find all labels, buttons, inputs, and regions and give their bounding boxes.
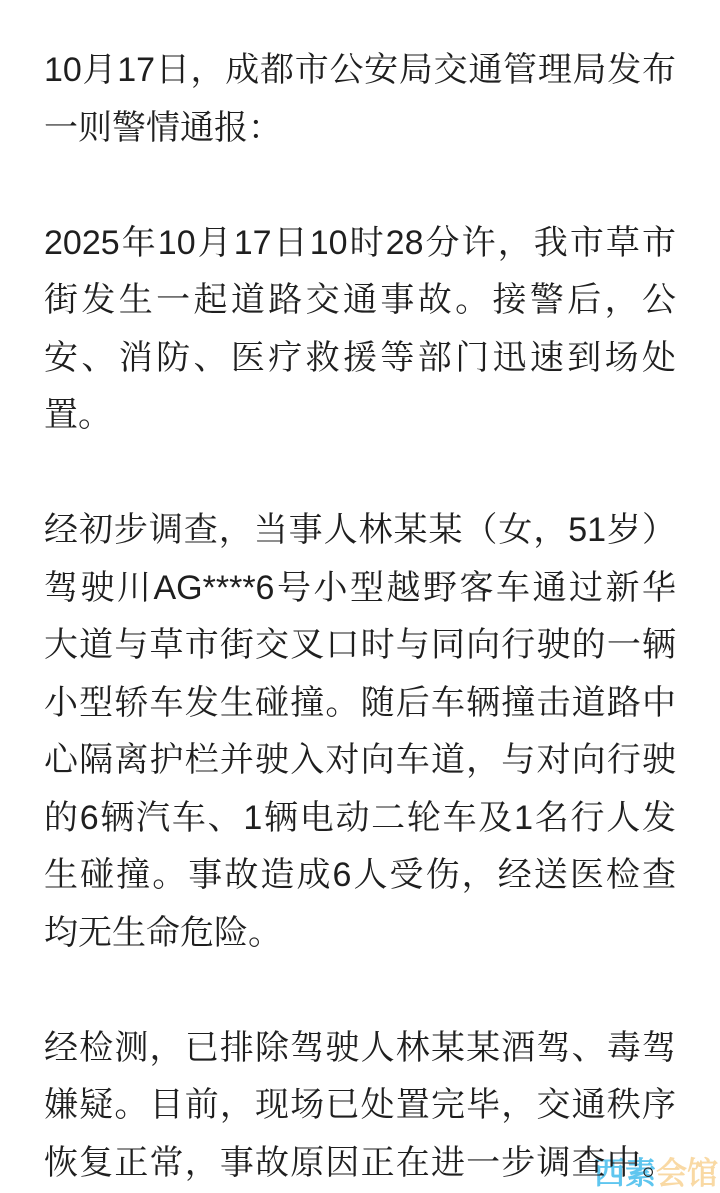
text-line: 心隔离护栏并驶入对向车道，与对向行驶 — [44, 732, 676, 790]
text-line: 驾驶川AG****6号小型越野客车通过新华 — [44, 560, 676, 618]
text-line: 经检测，已排除驾驶人林某某酒驾、毒驾 — [44, 1020, 676, 1078]
text-line: 2025年10月17日10时28分许，我市草市 — [44, 215, 676, 273]
article-body: 10月17日，成都市公安局交通管理局发布一则警情通报：2025年10月17日10… — [44, 42, 676, 1192]
text-line: 均无生命危险。 — [44, 905, 676, 963]
paragraph: 10月17日，成都市公安局交通管理局发布一则警情通报： — [44, 42, 676, 157]
text-line: 生碰撞。事故造成6人受伤，经送医检查 — [44, 847, 676, 905]
text-line: 恢复正常，事故原因正在进一步调查中。 — [44, 1135, 676, 1193]
paragraph: 经初步调查，当事人林某某（女，51岁）驾驶川AG****6号小型越野客车通过新华… — [44, 502, 676, 962]
paragraph: 经检测，已排除驾驶人林某某酒驾、毒驾嫌疑。目前，现场已处置完毕，交通秩序恢复正常… — [44, 1020, 676, 1193]
text-line: 安、消防、医疗救援等部门迅速到场处 — [44, 330, 676, 388]
page: { "page": { "background": "#ffffff", "te… — [0, 0, 720, 1193]
text-line: 10月17日，成都市公安局交通管理局发布 — [44, 42, 676, 100]
text-line: 大道与草市街交叉口时与同向行驶的一辆 — [44, 617, 676, 675]
text-line: 经初步调查，当事人林某某（女，51岁） — [44, 502, 676, 560]
text-line: 街发生一起道路交通事故。接警后，公 — [44, 272, 676, 330]
text-line: 一则警情通报： — [44, 100, 676, 158]
text-line: 嫌疑。目前，现场已处置完毕，交通秩序 — [44, 1077, 676, 1135]
paragraph: 2025年10月17日10时28分许，我市草市街发生一起道路交通事故。接警后，公… — [44, 215, 676, 445]
text-line: 小型轿车发生碰撞。随后车辆撞击道路中 — [44, 675, 676, 733]
text-line: 置。 — [44, 387, 676, 445]
text-line: 的6辆汽车、1辆电动二轮车及1名行人发 — [44, 790, 676, 848]
